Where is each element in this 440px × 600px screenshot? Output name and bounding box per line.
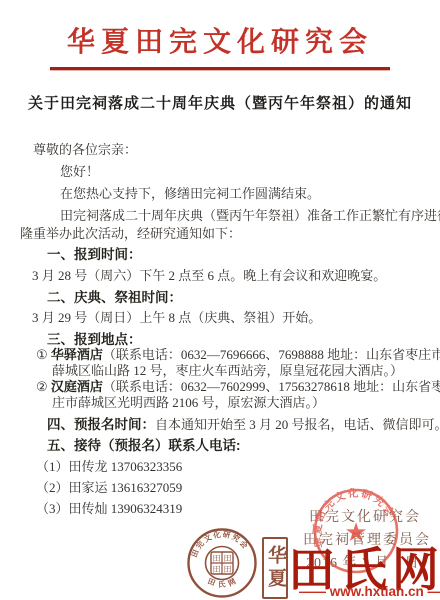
salutation: 尊敬的各位宗亲： [33,139,137,158]
seal-cell-glyph: 田 [224,565,232,574]
greeting-line: 您好！ [60,161,99,180]
hotel-2-number: ② [36,379,48,394]
section-1-heading: 一、报到时间： [47,243,142,263]
section-4-text: 自本通知开始至 3 月 20 号报名，电话、微信即可。 [155,417,440,432]
section-2-text: 3 月 29 号（周日）上午 8 点（庆典、祭祖）开始。 [32,307,321,326]
seal-cell-glyph: 田 [213,565,221,574]
org-title: 华夏田完文化研究会 [0,20,440,60]
contact-2: （2）田家运 13616327059 [36,477,182,496]
section-1-text: 3 月 28 号（周六）下午 2 点至 6 点。晚上有会议和欢迎晚宴。 [32,265,386,284]
notice-document: 华夏田完文化研究会 关于田完祠落成二十周年庆典（暨丙午年祭祖）的通知 尊敬的各位… [0,0,440,600]
section-4-line: 四、预报名时间：自本通知开始至 3 月 20 号报名，电话、微信即可。 [47,413,440,433]
contact-1: （1）田传龙 13706323356 [36,456,182,475]
notice-title: 关于田完祠落成二十周年庆典（暨丙午年祭祖）的通知 [0,92,440,113]
header-rule [50,67,390,70]
site-url-watermark: —— www.hxtian.cn —— [299,584,440,599]
svg-text:田氏网: 田氏网 [206,575,240,589]
huaxia-stamp-icon: 华夏 [262,537,288,599]
seal-arc-bottom-text: 田氏网 [206,575,240,589]
seal-cell-glyph: 田 [213,554,221,563]
intro-line: 在您热心支持下，修缮田完祠工作圆满结束。 [60,183,320,202]
section-4-heading: 四、预报名时间： [47,417,155,432]
section-5-heading: 五、接待（预报名）联系人电话: [47,434,241,454]
hotel-2-line-2: 庄市薛城区光明西路 2106 号，原宏源大酒店。） [52,392,325,411]
hotel-1-number: ① [36,347,48,362]
contact-3: （3）田传灿 13906324319 [36,498,182,517]
seal-cell-glyph: 田 [224,554,232,563]
prep-line-1: 田完祠落成二十周年庆典（暨丙午年祭祖）准备工作正繁忙有序进行。为 [60,205,440,224]
seal-watermark-icon: 田完文化研究会 田氏网 田 田 田 田 [186,527,258,599]
prep-line-2: 隆重举办此次活动，经研究通知如下： [20,223,241,242]
section-2-heading: 二、庆典、祭祖时间： [47,286,182,306]
